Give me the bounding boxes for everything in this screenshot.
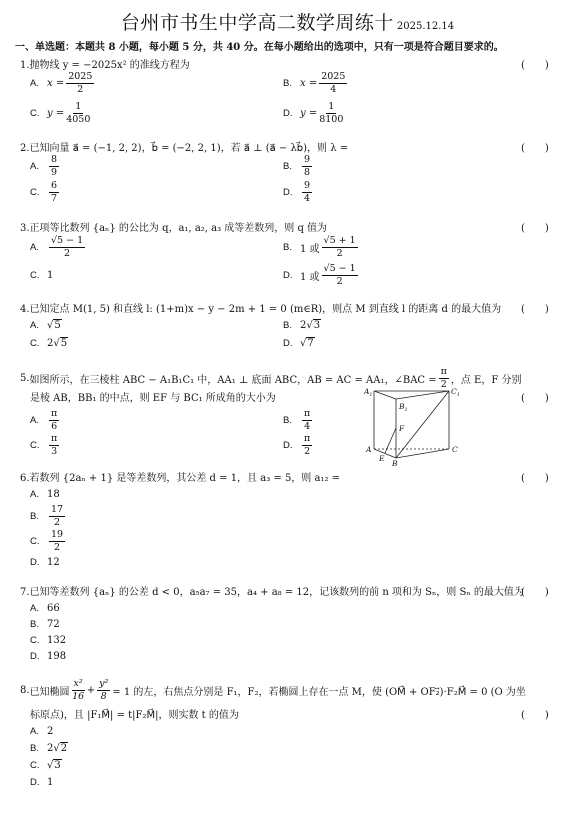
denominator: 2	[304, 446, 310, 457]
numerator: 19	[49, 530, 65, 542]
option-1d[interactable]: D. y = 18100	[283, 102, 345, 124]
fraction: √5 + 12	[322, 236, 358, 258]
label-c1: C1	[451, 387, 460, 398]
denominator: 7	[51, 193, 57, 204]
question-text: 正项等比数列 {aₙ} 的公比为 q，a₁, a₂, a₃ 成等差数列，则 q …	[30, 223, 328, 234]
numerator: 6	[49, 181, 59, 193]
denominator: 8	[304, 167, 310, 178]
option-prefix: y =	[300, 108, 317, 119]
option-label: A.	[30, 242, 47, 253]
sqrt-symbol: √3	[47, 760, 62, 771]
fraction: 20252	[66, 72, 94, 94]
option-3d[interactable]: D. 1 或 √5 − 12	[283, 264, 360, 286]
label-a: A	[365, 445, 372, 454]
answer-blank-5[interactable]: ( )	[521, 389, 549, 404]
answer-blank-1[interactable]: ( )	[521, 56, 549, 71]
option-text: 12	[47, 557, 60, 568]
question-number: 1.	[20, 60, 30, 71]
denominator: 4	[304, 421, 310, 432]
option-4b[interactable]: B. 2√3	[283, 320, 321, 331]
option-1a[interactable]: A. x = 20252	[30, 72, 96, 94]
option-8b[interactable]: B. 2√2	[30, 743, 68, 754]
fraction-x: x²16	[72, 679, 85, 701]
numerator: y²	[97, 679, 110, 691]
option-6d[interactable]: D. 12	[30, 557, 60, 568]
numerator: x²	[72, 679, 85, 691]
option-1c[interactable]: C. y = 14050	[30, 102, 92, 124]
question-text: 若数列 {2aₙ + 1} 是等差数列，其公差 d = 1，且 a₃ = 5，则…	[30, 473, 340, 484]
option-label: C.	[30, 187, 47, 198]
option-label: B.	[283, 161, 300, 172]
fraction-y: y²8	[97, 679, 110, 701]
option-label: C.	[30, 338, 47, 349]
numerator: π	[302, 409, 312, 421]
numerator: 1	[326, 102, 336, 114]
question-number: 5.	[20, 373, 30, 384]
option-text: 18	[47, 489, 60, 500]
option-7a[interactable]: A. 66	[30, 603, 60, 614]
denominator: 4	[330, 84, 336, 95]
question-text: 已知定点 M(1, 5) 和直线 l: (1+m)x − y − 2m + 1 …	[30, 304, 502, 315]
option-label: B.	[30, 619, 47, 630]
fraction: π6	[49, 409, 59, 431]
numerator: √5 − 1	[322, 264, 358, 276]
plus-sign: +	[87, 685, 95, 696]
option-label: C.	[30, 270, 47, 281]
numerator: π	[49, 434, 59, 446]
question-3-stem: 3.正项等比数列 {aₙ} 的公比为 q，a₁, a₂, a₃ 成等差数列，则 …	[20, 219, 327, 234]
option-5a[interactable]: A. π6	[30, 409, 61, 431]
option-prefix: 1 或	[300, 268, 320, 283]
option-prefix: 1 或	[300, 240, 320, 255]
numerator: π	[302, 434, 312, 446]
option-2a[interactable]: A. 89	[30, 155, 61, 177]
option-label: D.	[30, 651, 47, 662]
option-2b[interactable]: B. 98	[283, 155, 314, 177]
option-label: B.	[283, 242, 300, 253]
answer-blank-7[interactable]: ( )	[521, 583, 549, 598]
fraction: √5 − 12	[49, 236, 85, 258]
option-7c[interactable]: C. 132	[30, 635, 66, 646]
answer-blank-4[interactable]: ( )	[521, 300, 549, 315]
numerator: π	[49, 409, 59, 421]
option-label: B.	[283, 415, 300, 426]
question-number: 7.	[20, 587, 30, 598]
option-label: D.	[30, 557, 47, 568]
answer-blank-8[interactable]: ( )	[521, 706, 549, 721]
option-label: B.	[283, 78, 300, 89]
question-5-stem-line2: 是棱 AB，BB₁ 的中点，则 EF 与 BC₁ 所成角的大小为	[30, 389, 276, 404]
radicand: 2	[60, 742, 68, 754]
option-text: 2	[47, 726, 53, 737]
numerator: 1	[73, 102, 83, 114]
option-label: B.	[283, 320, 300, 331]
section-heading: 一、单选题：本题共 8 小题，每小题 5 分，共 40 分。在每小题给出的选项中…	[15, 38, 504, 53]
denominator: 2	[77, 84, 83, 95]
option-4c[interactable]: C. 2√5	[30, 338, 68, 349]
question-7-stem: 7.已知等差数列 {aₙ} 的公差 d < 0，a₅a₇ = 35，a₄ + a…	[20, 583, 524, 598]
option-text: 132	[47, 635, 66, 646]
sqrt-symbol: √7	[300, 338, 315, 349]
option-label: D.	[283, 108, 300, 119]
option-label: C.	[30, 108, 47, 119]
option-6b[interactable]: B. 172	[30, 505, 67, 527]
option-label: A.	[30, 603, 47, 614]
numerator: 2025	[66, 72, 94, 84]
denominator: 2	[337, 276, 343, 287]
option-8a[interactable]: A. 2	[30, 726, 53, 737]
fraction: 89	[49, 155, 59, 177]
answer-blank-2[interactable]: ( )	[521, 139, 549, 154]
option-label: A.	[30, 489, 47, 500]
denominator: 8100	[319, 114, 343, 125]
question-text-cont: ，点 E，F 分别	[451, 371, 522, 386]
question-4-stem: 4.已知定点 M(1, 5) 和直线 l: (1+m)x − y − 2m + …	[20, 300, 501, 315]
option-label: C.	[30, 536, 47, 547]
option-label: D.	[30, 777, 47, 788]
option-label: D.	[283, 270, 300, 281]
question-text-cont: = 1 的左，右焦点分别是 F₁，F₂，若椭圆上存在一点 M，使 (OM⃗ + …	[112, 683, 526, 698]
fraction: 14050	[66, 102, 90, 124]
question-1-stem: 1.抛物线 y = −2025x² 的准线方程为	[20, 56, 190, 71]
question-2-stem: 2.已知向量 a⃗ = (−1, 2, 2)，b⃗ = (−2, 2, 1)，若…	[20, 139, 348, 154]
option-4d[interactable]: D. √7	[283, 338, 315, 349]
option-7b[interactable]: B. 72	[30, 619, 60, 630]
option-label: C.	[30, 760, 47, 771]
option-2d[interactable]: D. 94	[283, 181, 314, 203]
question-number: 4.	[20, 304, 30, 315]
option-label: D.	[283, 440, 300, 451]
sqrt-symbol: √5	[47, 320, 62, 331]
fraction: 18100	[319, 102, 343, 124]
option-2c[interactable]: C. 67	[30, 181, 61, 203]
denominator: 6	[51, 421, 57, 432]
radicand: 3	[53, 759, 61, 771]
question-text: 如图所示，在三棱柱 ABC − A₁B₁C₁ 中，AA₁ ⊥ 底面 ABC，AB…	[30, 371, 437, 386]
denominator: 8	[101, 691, 107, 702]
fraction: 192	[49, 530, 65, 552]
option-label: D.	[283, 338, 300, 349]
option-text: 198	[47, 651, 66, 662]
option-8d[interactable]: D. 1	[30, 777, 53, 788]
option-label: A.	[30, 78, 47, 89]
option-label: C.	[30, 635, 47, 646]
question-8-stem-line1: 8.已知椭圆 x²16 + y²8 = 1 的左，右焦点分别是 F₁，F₂，若椭…	[20, 679, 526, 701]
denominator: 2	[64, 248, 70, 259]
option-label: B.	[30, 511, 47, 522]
sqrt-symbol: √5	[53, 338, 68, 349]
radicand: 5	[53, 319, 61, 331]
radicand: 3	[313, 319, 321, 331]
title-text: 台州市书生中学高二数学周练十	[121, 12, 394, 34]
sqrt-symbol: √2	[53, 743, 68, 754]
denominator: 4050	[66, 114, 90, 125]
fraction: π4	[302, 409, 312, 431]
numerator: √5 − 1	[49, 236, 85, 248]
denominator: 2	[54, 542, 60, 553]
question-6-stem: 6.若数列 {2aₙ + 1} 是等差数列，其公差 d = 1，且 a₃ = 5…	[20, 469, 340, 484]
option-1b[interactable]: B. x = 20254	[283, 72, 349, 94]
option-text: 66	[47, 603, 60, 614]
option-5b[interactable]: B. π4	[283, 409, 314, 431]
option-3c[interactable]: C. 1	[30, 270, 53, 281]
option-6c[interactable]: C. 192	[30, 530, 67, 552]
denominator: 2	[54, 517, 60, 528]
denominator: 2	[337, 248, 343, 259]
option-8c[interactable]: C. √3	[30, 760, 62, 771]
denominator: 16	[72, 691, 84, 702]
label-f: F	[398, 424, 405, 433]
denominator: 4	[304, 193, 310, 204]
radicand: 5	[60, 337, 68, 349]
fraction: 98	[302, 155, 312, 177]
fraction: π3	[49, 434, 59, 456]
fraction: π2	[302, 434, 312, 456]
option-label: C.	[30, 440, 47, 451]
label-b: B	[391, 459, 398, 467]
numerator: 9	[302, 181, 312, 193]
option-label: A.	[30, 415, 47, 426]
title-date: 2025.12.14	[397, 21, 454, 32]
question-text: 已知椭圆	[30, 683, 70, 698]
option-5c[interactable]: C. π3	[30, 434, 61, 456]
label-e: E	[378, 454, 385, 463]
answer-blank-6[interactable]: ( )	[521, 469, 549, 484]
numerator: 2025	[319, 72, 347, 84]
numerator: 8	[49, 155, 59, 167]
sqrt-symbol: √3	[306, 320, 321, 331]
denominator: 9	[51, 167, 57, 178]
option-5d[interactable]: D. π2	[283, 434, 314, 456]
option-3b[interactable]: B. 1 或 √5 + 12	[283, 236, 360, 258]
page-title: 台州市书生中学高二数学周练十2025.12.14	[0, 8, 575, 35]
fraction: 94	[302, 181, 312, 203]
option-text: 1	[47, 270, 53, 281]
option-label: B.	[30, 743, 47, 754]
option-label: A.	[30, 161, 47, 172]
option-7d[interactable]: D. 198	[30, 651, 66, 662]
radicand: 7	[306, 337, 314, 349]
question-number: 8.	[20, 685, 30, 696]
option-text: 72	[47, 619, 60, 630]
option-label: A.	[30, 726, 47, 737]
label-a1: A1	[364, 387, 373, 398]
numerator: π	[439, 367, 449, 379]
option-3a[interactable]: A. √5 − 12	[30, 236, 87, 258]
numerator: 17	[49, 505, 65, 517]
prism-diagram: A1 B1 C1 F A E B C	[364, 385, 464, 467]
question-number: 2.	[20, 143, 30, 154]
numerator: √5 + 1	[322, 236, 358, 248]
prism-figure: A1 B1 C1 F A E B C	[364, 385, 464, 467]
option-prefix: x =	[47, 78, 64, 89]
question-text: 已知等差数列 {aₙ} 的公差 d < 0，a₅a₇ = 35，a₄ + a₈ …	[30, 587, 524, 598]
label-c: C	[452, 445, 458, 454]
label-b1: B1	[398, 402, 408, 413]
option-6a[interactable]: A. 18	[30, 489, 60, 500]
option-4a[interactable]: A. √5	[30, 320, 62, 331]
question-number: 3.	[20, 223, 30, 234]
question-8-stem-line2: 标原点)，且 |F₁M⃗| = t|F₂M⃗|，则实数 t 的值为	[30, 706, 239, 721]
option-label: A.	[30, 320, 47, 331]
denominator: 3	[51, 446, 57, 457]
option-prefix: y =	[47, 108, 64, 119]
fraction: 67	[49, 181, 59, 203]
fraction: 172	[49, 505, 65, 527]
option-text: 1	[47, 777, 53, 788]
question-text: 已知向量 a⃗ = (−1, 2, 2)，b⃗ = (−2, 2, 1)，若 a…	[30, 143, 349, 154]
question-text: 抛物线 y = −2025x² 的准线方程为	[30, 60, 190, 71]
answer-blank-3[interactable]: ( )	[521, 219, 549, 234]
option-label: D.	[283, 187, 300, 198]
option-prefix: x =	[300, 78, 317, 89]
fraction: √5 − 12	[322, 264, 358, 286]
question-number: 6.	[20, 473, 30, 484]
fraction: 20254	[319, 72, 347, 94]
numerator: 9	[302, 155, 312, 167]
